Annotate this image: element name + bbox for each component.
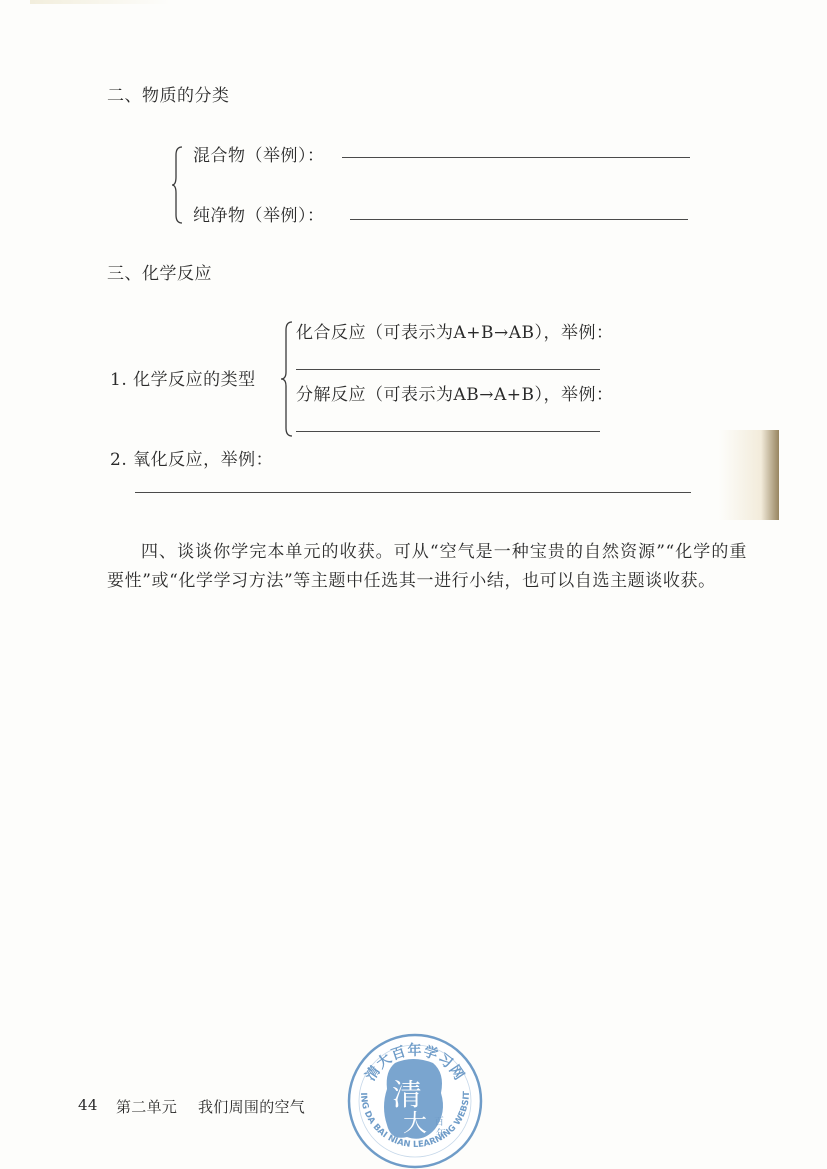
brace-icon (280, 320, 296, 438)
decomposition-answer-line[interactable] (296, 431, 600, 432)
footer-unit-title: 我们周围的空气 (198, 1096, 305, 1117)
section-heading-chemical-reaction: 三、化学反应 (107, 264, 212, 284)
oxidation-reaction-label: 2. 氧化反应，举例： (110, 450, 273, 470)
reaction-types-label: 1. 化学反应的类型 (110, 370, 256, 390)
stamp-center-glyph: 清 (392, 1078, 422, 1113)
svg-text:百: 百 (434, 1116, 444, 1128)
svg-text:大: 大 (403, 1109, 427, 1137)
section-heading-classification: 二、物质的分类 (107, 86, 230, 106)
pure-substance-label: 纯净物（举例）： (193, 206, 325, 226)
combination-reaction-label: 化合反应（可表示为A+B→AB），举例： (296, 323, 614, 343)
decomposition-reaction-label: 分解反应（可表示为AB→A+B），举例： (296, 385, 614, 405)
mixture-label: 混合物（举例）： (193, 146, 325, 166)
oxidation-answer-line[interactable] (135, 492, 691, 493)
mixture-answer-line[interactable] (342, 157, 690, 158)
watermark-stamp-logo: 清 大 百 年 清大百年学习网 QING DA BAI NIAN LEARNIN… (347, 1033, 483, 1169)
footer-unit: 第二单元 (116, 1096, 177, 1117)
brace-icon (172, 145, 186, 225)
section-reflection-prompt: 四、谈谈你学完本单元的收获。可从“空气是一种宝贵的自然资源”“化学的重要性”或“… (107, 538, 747, 596)
page-scan-shadow-top (30, 0, 170, 4)
page-number: 44 (78, 1096, 98, 1114)
page-scan-shadow-right (719, 430, 779, 520)
combination-answer-line[interactable] (296, 369, 600, 370)
pure-substance-answer-line[interactable] (350, 219, 688, 220)
